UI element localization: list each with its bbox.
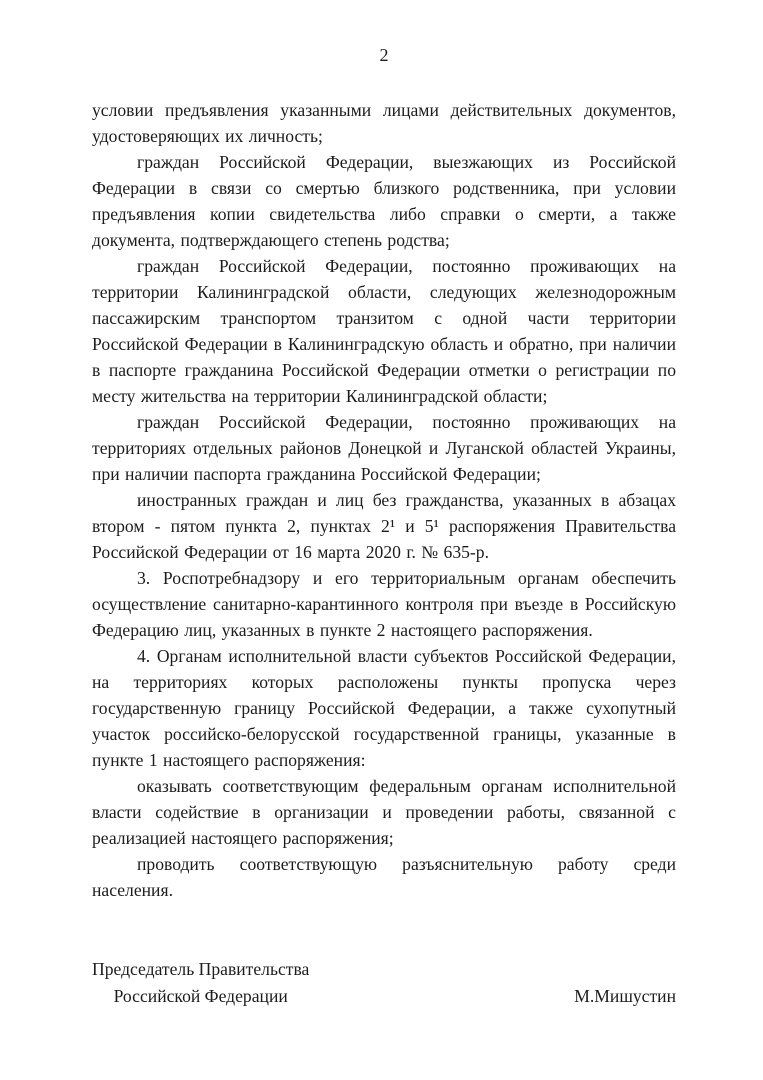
paragraph: 3. Роспотребнадзору и его территориальны…: [92, 565, 676, 643]
paragraph: 4. Органам исполнительной власти субъект…: [92, 643, 676, 773]
paragraph: условии предъявления указанными лицами д…: [92, 97, 676, 149]
paragraph: иностранных граждан и лиц без гражданств…: [92, 487, 676, 565]
document-body: условии предъявления указанными лицами д…: [92, 97, 676, 903]
signature-title-line2: Российской Федерации: [92, 983, 309, 1010]
paragraph: оказывать соответствующим федеральным ор…: [92, 773, 676, 851]
signature-title: Председатель Правительства Российской Фе…: [92, 956, 309, 1010]
signature-name: М.Мишустин: [574, 983, 676, 1010]
document-page: 2 условии предъявления указанными лицами…: [0, 0, 763, 1080]
paragraph: граждан Российской Федерации, постоянно …: [92, 253, 676, 409]
paragraph: граждан Российской Федерации, постоянно …: [92, 409, 676, 487]
signature-title-line1: Председатель Правительства: [92, 956, 309, 983]
page-content: 2 условии предъявления указанными лицами…: [0, 0, 763, 1010]
signature-block: Председатель Правительства Российской Фе…: [92, 956, 676, 1010]
paragraph: граждан Российской Федерации, выезжающих…: [92, 149, 676, 253]
page-number: 2: [92, 42, 676, 68]
paragraph: проводить соответствующую разъяснительну…: [92, 851, 676, 903]
